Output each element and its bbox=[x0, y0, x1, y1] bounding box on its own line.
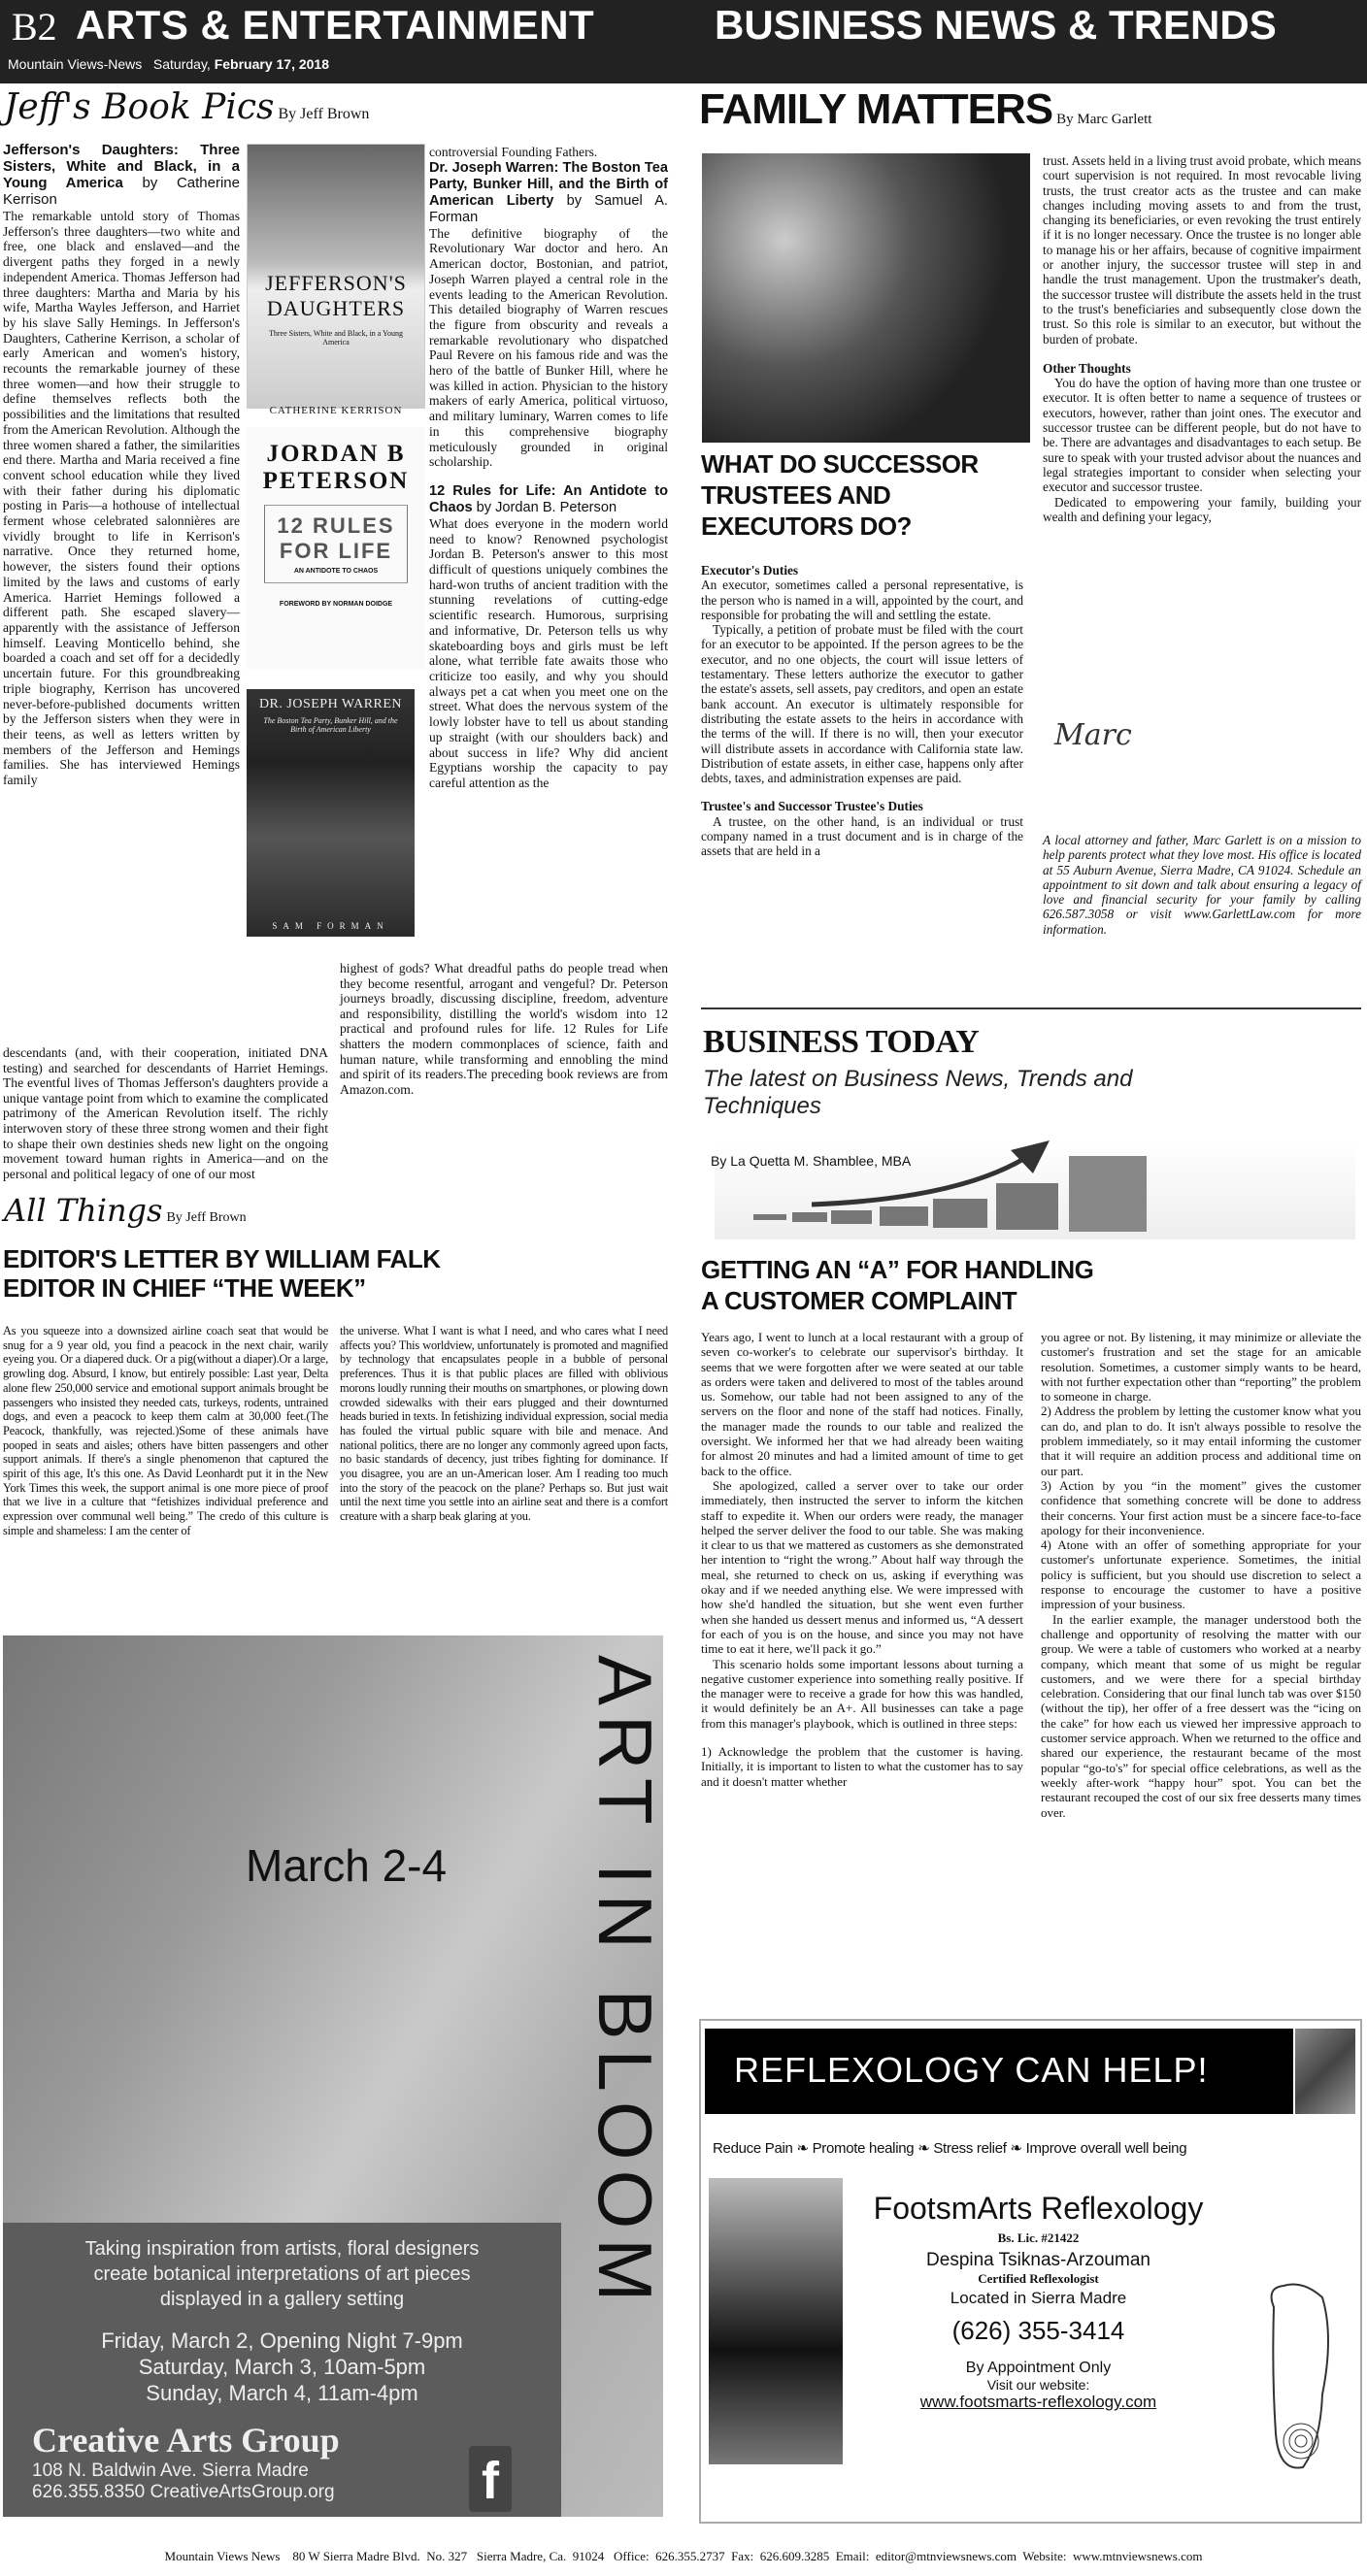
footer-contact: Mountain Views News 80 W Sierra Madre Bl… bbox=[0, 2549, 1367, 2564]
paper-name: Mountain Views-News bbox=[8, 56, 142, 72]
column-title: All Things bbox=[4, 1192, 162, 1229]
art-in-bloom-ad[interactable]: March 2-4 ART IN BLOOM Taking inspiratio… bbox=[3, 1635, 663, 2517]
section-title: BUSINESS NEWS & TRENDS bbox=[715, 2, 1277, 49]
website-link[interactable]: www.footsmarts-reflexology.com bbox=[856, 2393, 1220, 2412]
editor-letter-col1: As you squeeze into a downsized airline … bbox=[3, 1324, 328, 1538]
all-things-heading: All Things By Jeff Brown bbox=[4, 1192, 247, 1229]
byline: By Jeff Brown bbox=[166, 1210, 246, 1225]
column-title: FAMILY MATTERS bbox=[699, 85, 1052, 133]
book3-continued: highest of gods? What dreadful paths do … bbox=[340, 961, 668, 1097]
family-photo bbox=[702, 153, 1030, 443]
page-number: B2 bbox=[12, 4, 57, 50]
book1-ending: controversial Founding Fathers. bbox=[429, 145, 668, 160]
ad-banner: REFLEXOLOGY CAN HELP! bbox=[705, 2029, 1293, 2114]
business-today-title: BUSINESS TODAY bbox=[703, 1024, 979, 1061]
complaint-col2: you agree or not. By listening, it may m… bbox=[1041, 1330, 1361, 1820]
benefits-line: Reduce Pain ❧ Promote healing ❧ Stress r… bbox=[713, 2139, 1186, 2157]
book1-continued: descendants (and, with their cooperation… bbox=[3, 1045, 328, 1181]
complaint-col1: Years ago, I went to lunch at a local re… bbox=[701, 1330, 1023, 1789]
editor-letter-headline: EDITOR'S LETTER BY WILLIAM FALK EDITOR I… bbox=[3, 1244, 441, 1303]
book2-text: The definitive biography of the Revoluti… bbox=[429, 226, 668, 470]
section-title: ARTS & ENTERTAINMENT bbox=[76, 2, 594, 49]
family-col2: trust. Assets held in a living trust avo… bbox=[1043, 153, 1361, 524]
book2-article: controversial Founding Fathers. Dr. Jose… bbox=[429, 145, 668, 791]
byline: By Jeff Brown bbox=[279, 106, 370, 122]
trustee-duties-subhead: Trustee's and Successor Trustee's Duties bbox=[701, 799, 1023, 813]
business-today-subtitle: The latest on Business News, Trends and … bbox=[703, 1066, 1140, 1120]
masthead-left: B2 ARTS & ENTERTAINMENT Mountain Views-N… bbox=[0, 0, 683, 83]
reflexology-ad[interactable]: REFLEXOLOGY CAN HELP! Reduce Pain ❧ Prom… bbox=[699, 2019, 1362, 2524]
book3-text: What does everyone in the modern world n… bbox=[429, 516, 668, 791]
complaint-headline: GETTING AN “A” FOR HANDLING A CUSTOMER C… bbox=[701, 1254, 1093, 1316]
foot-map-icon bbox=[1264, 2278, 1334, 2472]
book-pics-heading: Jeff's Book Pics By Jeff Brown bbox=[4, 87, 431, 132]
phone[interactable]: (626) 355-3414 bbox=[856, 2316, 1220, 2346]
editor-letter-col2: the universe. What I want is what I need… bbox=[340, 1324, 668, 1524]
byline: By Marc Garlett bbox=[1056, 112, 1151, 127]
family-matters-heading: FAMILY MATTERS By Marc Garlett bbox=[699, 85, 1151, 134]
signature: Marc bbox=[1054, 718, 1132, 752]
trend-arrow-icon bbox=[812, 1140, 1064, 1208]
author-bio: A local attorney and father, Marc Garlet… bbox=[1043, 833, 1361, 937]
book3-author: by Jordan B. Peterson bbox=[477, 500, 617, 515]
jefferson-book-cover: JEFFERSON'S DAUGHTERS Three Sisters, Whi… bbox=[247, 144, 425, 409]
other-thoughts-subhead: Other Thoughts bbox=[1043, 361, 1361, 376]
peterson-book-cover: JORDAN B PETERSON 12 RULES FOR LIFE AN A… bbox=[247, 427, 425, 670]
dateline: Mountain Views-News Saturday, February 1… bbox=[8, 56, 329, 72]
hands-photo bbox=[1295, 2029, 1355, 2114]
family-col1: Executor's Duties An executor, sometimes… bbox=[701, 563, 1023, 859]
event-dates: March 2-4 bbox=[246, 1839, 447, 1892]
column-title: Jeff's Book Pics bbox=[4, 87, 275, 127]
masthead-right: BUSINESS NEWS & TRENDS bbox=[683, 0, 1367, 83]
vertical-event-title: ART IN BLOOM bbox=[581, 1655, 663, 2311]
date: February 17, 2018 bbox=[215, 56, 329, 72]
executor-duties-subhead: Executor's Duties bbox=[701, 563, 1023, 578]
book1-text: The remarkable untold story of Thomas Je… bbox=[3, 209, 240, 788]
day: Saturday, bbox=[153, 56, 211, 72]
practitioner-photo bbox=[709, 2178, 843, 2464]
section-divider bbox=[701, 1007, 1361, 1009]
business-byline: By La Quetta M. Shamblee, MBA bbox=[711, 1153, 911, 1169]
trustees-headline: WHAT DO SUCCESSOR TRUSTEES AND EXECUTORS… bbox=[701, 448, 1021, 542]
business-info: FootsmArts Reflexology Bs. Lic. #21422 D… bbox=[856, 2191, 1220, 2412]
facebook-icon[interactable]: f bbox=[469, 2446, 512, 2512]
business-name: FootsmArts Reflexology bbox=[856, 2191, 1220, 2227]
book1-article: Jefferson's Daughters: Three Sisters, Wh… bbox=[3, 142, 240, 788]
ad-info-panel: Taking inspiration from artists, floral … bbox=[3, 2223, 561, 2517]
warren-book-cover: DR. JOSEPH WARREN The Boston Tea Party, … bbox=[247, 689, 415, 937]
